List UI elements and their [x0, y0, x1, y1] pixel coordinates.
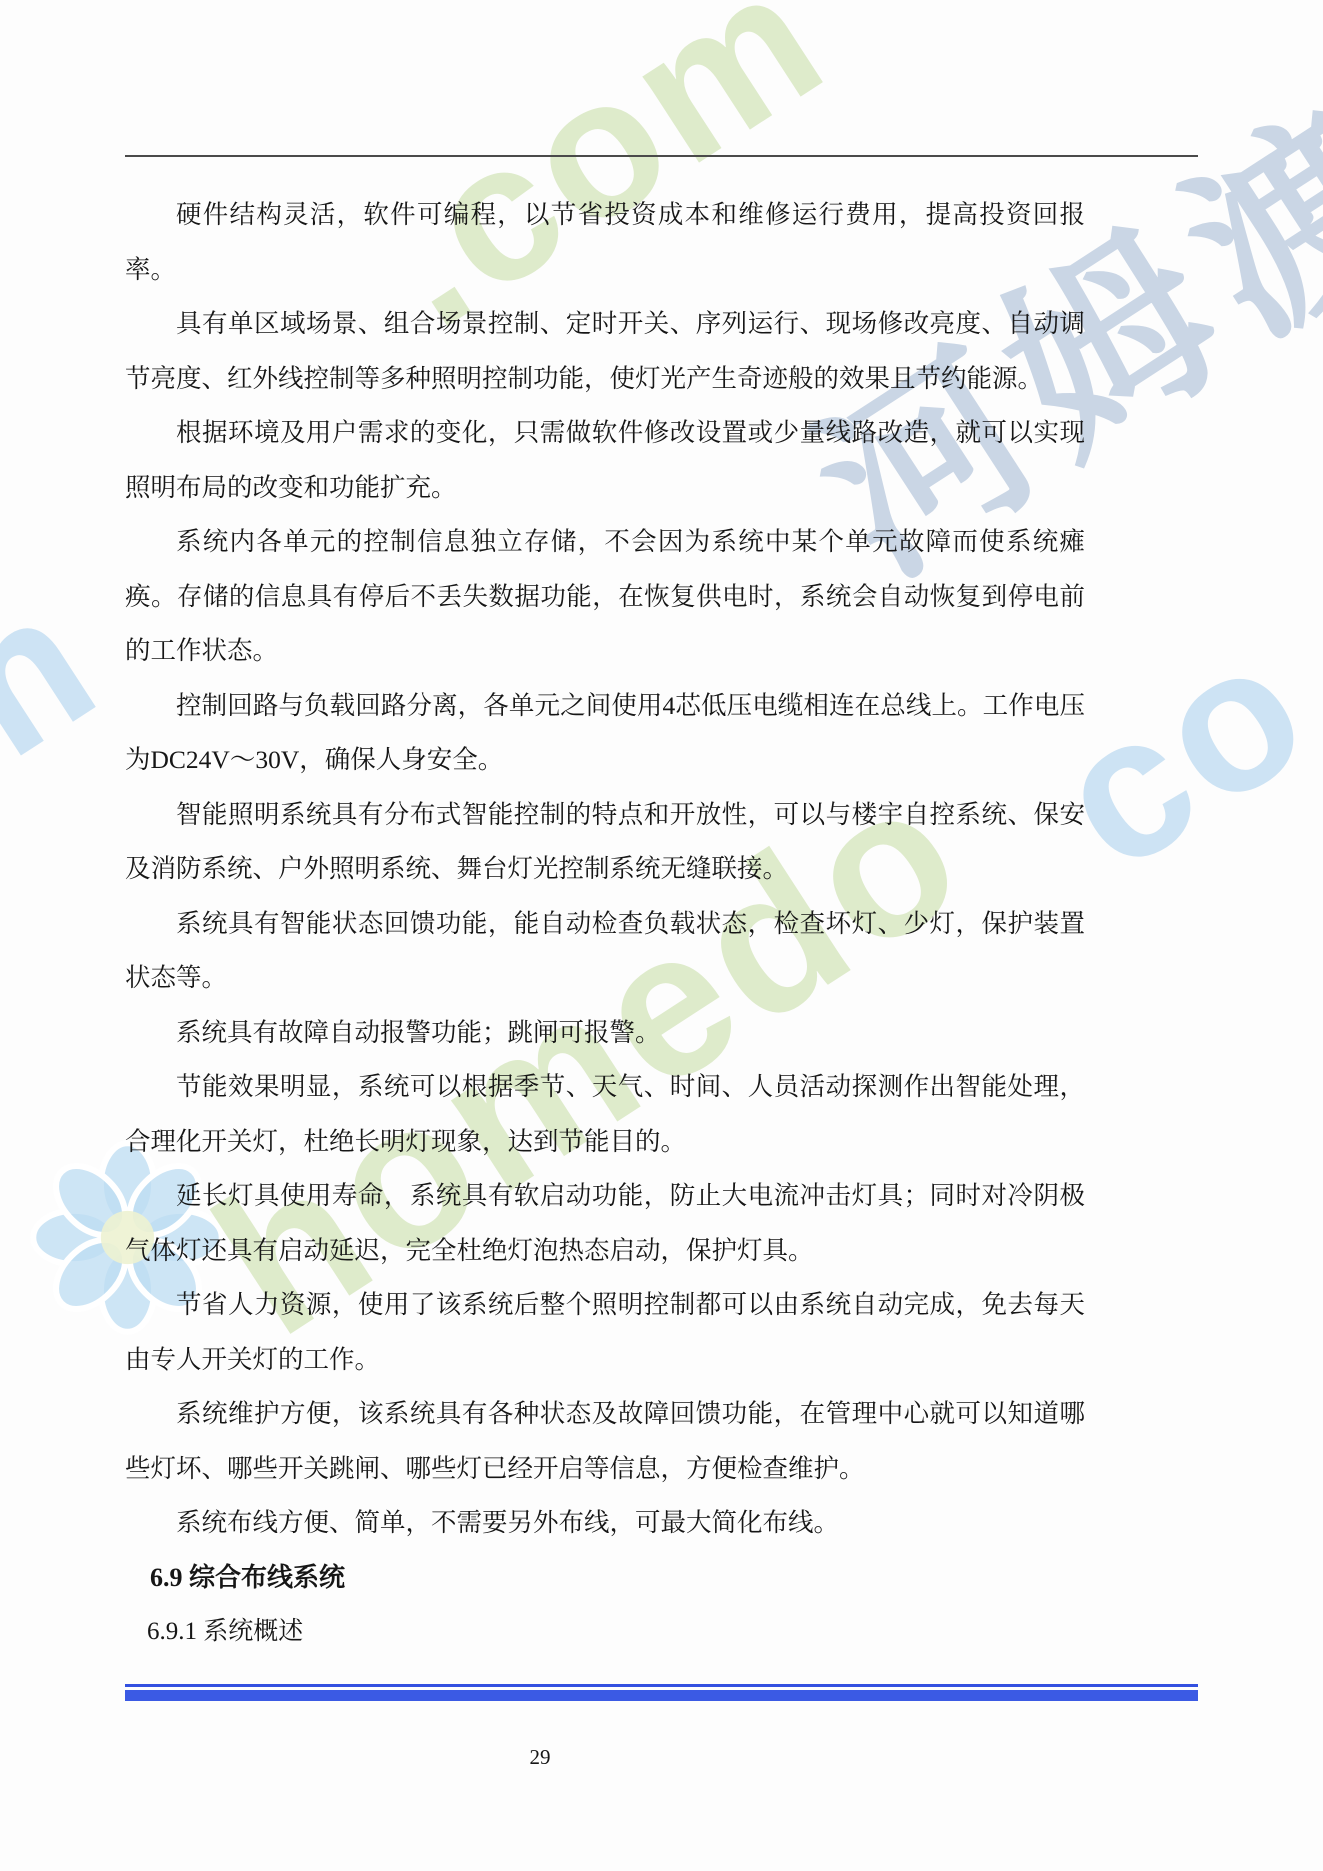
- paragraph-software-modify: 根据环境及用户需求的变化，只需做软件修改设置或少量线路改造，就可以实现照明布局的…: [125, 406, 1085, 515]
- document-body: 硬件结构灵活，软件可编程，以节省投资成本和维修运行费用，提高投资回报率。 具有单…: [125, 188, 1085, 1660]
- paragraph-distributed-open: 智能照明系统具有分布式智能控制的特点和开放性，可以与楼宇自控系统、保安及消防系统…: [125, 788, 1085, 897]
- paragraph-manpower-saving: 节省人力资源，使用了该系统后整个照明控制都可以由系统自动完成，免去每天由专人开关…: [125, 1278, 1085, 1387]
- paragraph-hardware-flexible: 硬件结构灵活，软件可编程，以节省投资成本和维修运行费用，提高投资回报率。: [125, 188, 1085, 297]
- document-page: homedo .com 河姆渡 co m 硬件结构灵活，软件可编程，以节省投资成…: [0, 0, 1323, 1871]
- subsection-heading-6-9-1: 6.9.1 系统概述: [125, 1605, 1085, 1660]
- page-number: 29: [125, 1745, 955, 1770]
- paragraph-maintenance: 系统维护方便，该系统具有各种状态及故障回馈功能，在管理中心就可以知道哪些灯坏、哪…: [125, 1387, 1085, 1496]
- paragraph-unit-storage: 系统内各单元的控制信息独立存储，不会因为系统中某个单元故障而使系统瘫痪。存储的信…: [125, 515, 1085, 679]
- paragraph-lamp-life: 延长灯具使用寿命，系统具有软启动功能，防止大电流冲击灯具；同时对冷阴极气体灯还具…: [125, 1169, 1085, 1278]
- paragraph-energy-saving: 节能效果明显，系统可以根据季节、天气、时间、人员活动探测作出智能处理，合理化开关…: [125, 1060, 1085, 1169]
- footer-rule: [125, 1684, 1198, 1701]
- header-rule: [125, 155, 1198, 157]
- paragraph-control-loop: 控制回路与负载回路分离，各单元之间使用4芯低压电缆相连在总线上。工作电压为DC2…: [125, 679, 1085, 788]
- watermark-text-fragment-left: m: [0, 556, 129, 824]
- footer-rule-thick-bar: [125, 1690, 1198, 1701]
- paragraph-scene-control: 具有单区域场景、组合场景控制、定时开关、序列运行、现场修改亮度、自动调节亮度、红…: [125, 297, 1085, 406]
- paragraph-wiring-simple: 系统布线方便、简单，不需要另外布线，可最大简化布线。: [125, 1496, 1085, 1551]
- section-heading-6-9: 6.9 综合布线系统: [125, 1551, 1085, 1606]
- paragraph-fault-alarm: 系统具有故障自动报警功能；跳闸可报警。: [125, 1006, 1085, 1061]
- paragraph-status-feedback: 系统具有智能状态回馈功能，能自动检查负载状态，检查坏灯、少灯，保护装置状态等。: [125, 897, 1085, 1006]
